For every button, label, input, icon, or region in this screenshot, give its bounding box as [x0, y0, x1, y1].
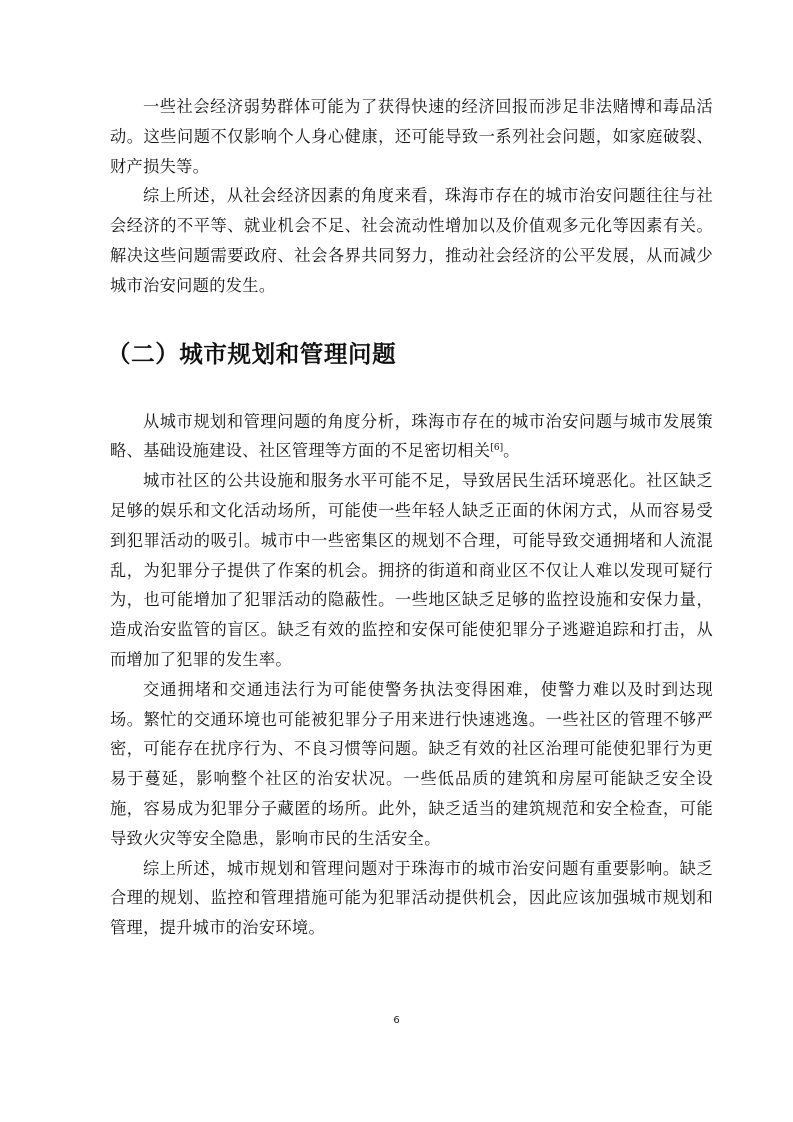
paragraph-traffic-management: 交通拥堵和交通违法行为可能使警务执法变得困难，使警力难以及时到达现场。繁忙的交通…	[110, 675, 713, 854]
paragraph-gambling-drugs: 一些社会经济弱势群体可能为了获得快速的经济回报而涉足非法赌博和毒品活动。这些问题…	[110, 92, 713, 181]
intro-suffix: 。	[503, 441, 520, 460]
paragraph-planning-intro: 从城市规划和管理问题的角度分析，珠海市存在的城市治安问题与城市发展策略、基础设施…	[110, 407, 713, 467]
intro-text: 从城市规划和管理问题的角度分析，珠海市存在的城市治安问题与城市发展策略、基础设施…	[110, 412, 713, 461]
paragraph-community-facilities: 城市社区的公共设施和服务水平可能不足，导致居民生活环境恶化。社区缺乏足够的娱乐和…	[110, 466, 713, 675]
paragraph-socioeconomic-summary: 综上所述，从社会经济因素的角度来看，珠海市存在的城市治安问题往往与社会经济的不平…	[110, 181, 713, 300]
document-page: 一些社会经济弱势群体可能为了获得快速的经济回报而涉足非法赌博和毒品活动。这些问题…	[0, 0, 793, 1122]
page-number: 6	[0, 1015, 793, 1026]
paragraph-planning-summary: 综上所述，城市规划和管理问题对于珠海市的城市治安问题有重要影响。缺乏合理的规划、…	[110, 854, 713, 943]
citation-reference[interactable]: [6]	[490, 443, 503, 453]
section-heading: （二）城市规划和管理问题	[107, 337, 713, 377]
page-body: 一些社会经济弱势群体可能为了获得快速的经济回报而涉足非法赌博和毒品活动。这些问题…	[110, 92, 713, 943]
